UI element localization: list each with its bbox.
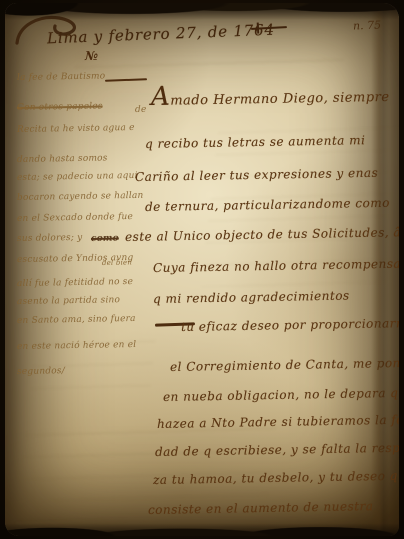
- letter-body-line: hazea a Nto Padre si tubieramos la felic…: [157, 412, 399, 431]
- folio-number: n. 75: [353, 19, 382, 33]
- margin-draft-line: en Santo ama, sino fuera: [17, 314, 136, 326]
- margin-draft-line: esta; se padecio una aqui: [17, 171, 138, 183]
- torn-edge-top: [5, 3, 399, 23]
- letter-body-line: en nueba obligacion, no le depara que: [163, 386, 399, 404]
- margin-draft-line: la fee de Bautismo: [17, 71, 106, 83]
- margin-draft-line: sus dolores; y: [17, 233, 83, 244]
- margin-draft-line: segundos/: [17, 366, 65, 377]
- letter-body-line: de ternura, particularizandome como: [145, 196, 390, 214]
- bleed-through-text: [73, 54, 344, 81]
- letter-body-line: consiste en el aumento de nuestra: [148, 499, 374, 517]
- letter-body-line: el Corregimiento de Canta, me pone: [170, 356, 399, 374]
- letter-body-line: Cariño al leer tus expresiones y enas: [135, 166, 378, 184]
- letter-body-line: tu eficaz deseo por proporcionarme: [181, 316, 399, 334]
- margin-draft-line: Con otros papeles: [17, 102, 103, 113]
- numero-mark: №: [85, 49, 98, 63]
- letter-body-line: Amado Hermano Diego, siempre: [151, 89, 390, 109]
- torn-edge-bottom: [5, 521, 399, 536]
- margin-draft-line: asento la partida sino: [17, 295, 120, 307]
- margin-draft-line: Recita ta he visto agua e: [17, 123, 135, 135]
- margin-draft-line: de: [135, 105, 147, 115]
- ink-strikeout: [105, 78, 147, 81]
- dateline: Lima y febrero 27, de 1764: [47, 21, 275, 48]
- insertion-note: del bien: [102, 258, 132, 267]
- letter-body-line: Cuya fineza no hallo otra recompensa: [153, 257, 399, 275]
- letter-body-line: q recibo tus letras se aumenta mi: [145, 133, 366, 151]
- struck-word: como: [91, 234, 119, 244]
- letter-body-line: q mi rendido agradecimientos: [153, 289, 350, 306]
- letter-body-line: za tu hamoa, tu desbelo, y tu deseo q: [153, 469, 398, 487]
- margin-draft-line: bocaron cayendo se hallan: [17, 191, 144, 203]
- margin-draft-line: en este nació héroe en el: [17, 340, 136, 352]
- manuscript-photo: Lima y febrero 27, de 1764 n. 75 № la fe…: [0, 0, 404, 539]
- margin-draft-line: en el Sexcado donde fue: [17, 212, 133, 224]
- letter-body-line: dad de q escribiese, y se falta la respo: [155, 441, 399, 459]
- parchment-page: Lima y febrero 27, de 1764 n. 75 № la fe…: [5, 3, 399, 536]
- letter-body-line: este al Unico objecto de tus Solicitudes…: [125, 225, 399, 244]
- margin-draft-line: allí fue la fetitidad no se: [17, 277, 133, 289]
- margin-draft-line: dando hasta somos: [17, 153, 108, 165]
